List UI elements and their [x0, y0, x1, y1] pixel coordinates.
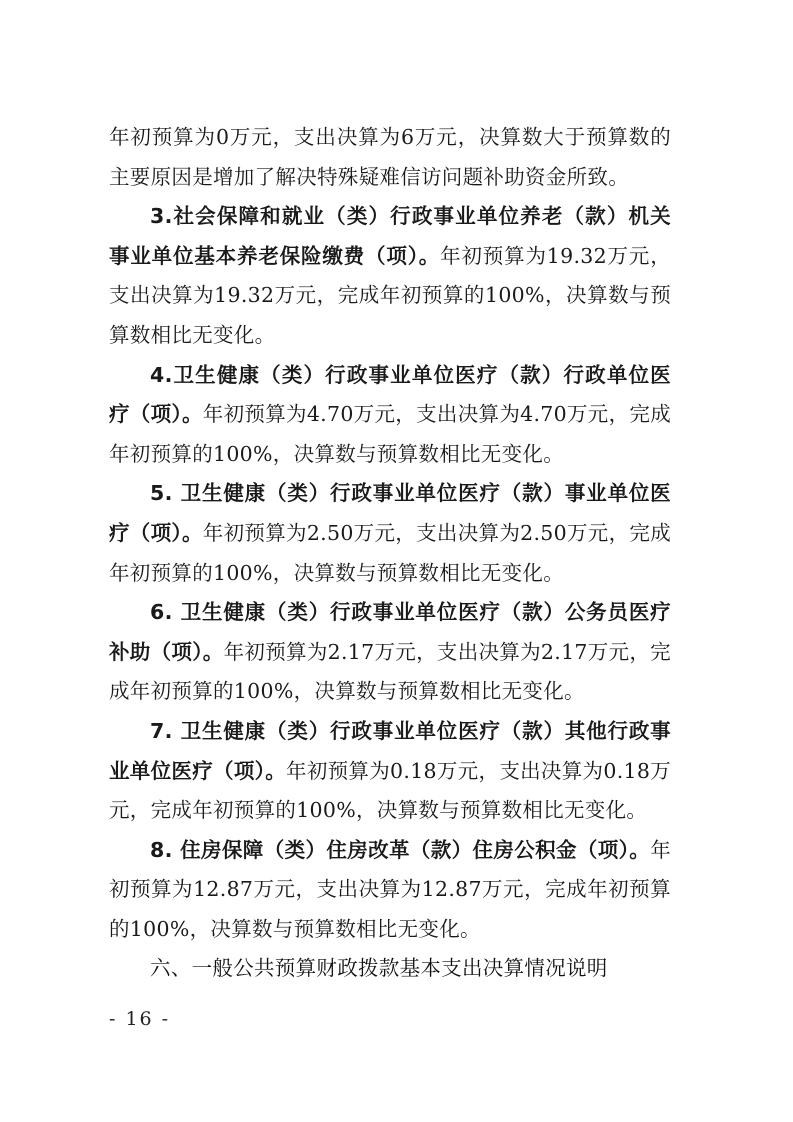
item-paragraph-4: 4.卫生健康（类）行政事业单位医疗（款）行政单位医疗（项）。年初预算为4.70万… — [109, 356, 671, 475]
item-paragraph-3: 3.社会保障和就业（类）行政事业单位养老（款）机关事业单位基本养老保险缴费（项）… — [109, 197, 671, 355]
item-paragraph-5: 5. 卫生健康（类）行政事业单位医疗（款）事业单位医疗（项）。年初预算为2.50… — [109, 474, 671, 593]
item-title: 8. 住房保障（类）住房改革（款）住房公积金（项）。 — [150, 838, 650, 862]
item-paragraph-6: 6. 卫生健康（类）行政事业单位医疗（款）公务员医疗补助（项）。年初预算为2.1… — [109, 593, 671, 712]
page-number: - 16 - — [109, 1008, 170, 1030]
item-paragraph-8: 8. 住房保障（类）住房改革（款）住房公积金（项）。年初预算为12.87万元，支… — [109, 831, 671, 950]
document-page: 年初预算为0万元，支出决算为6万元，决算数大于预算数的主要原因是增加了解决特殊疑… — [109, 118, 671, 989]
section-heading: 六、一般公共预算财政拨款基本支出决算情况说明 — [109, 949, 671, 989]
item-paragraph-7: 7. 卫生健康（类）行政事业单位医疗（款）其他行政事业单位医疗（项）。年初预算为… — [109, 712, 671, 831]
continuation-paragraph: 年初预算为0万元，支出决算为6万元，决算数大于预算数的主要原因是增加了解决特殊疑… — [109, 118, 671, 197]
